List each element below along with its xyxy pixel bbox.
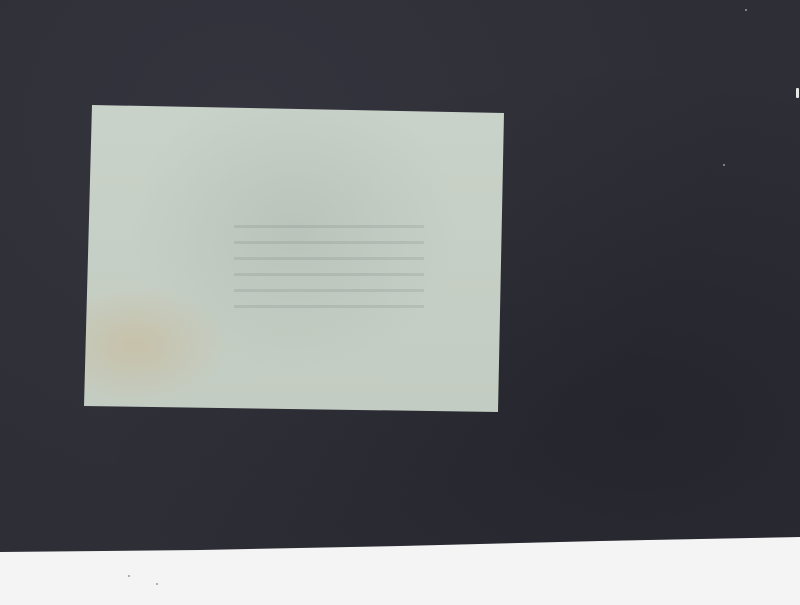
- paper-note-reverse: [84, 105, 504, 412]
- edge-highlight: [796, 88, 799, 98]
- dust-speck: [156, 583, 158, 585]
- bleed-through-text-lines: [234, 225, 424, 315]
- dust-speck: [745, 9, 747, 11]
- dust-speck: [723, 164, 725, 166]
- dust-speck: [128, 575, 130, 577]
- scan-scene: [0, 0, 800, 605]
